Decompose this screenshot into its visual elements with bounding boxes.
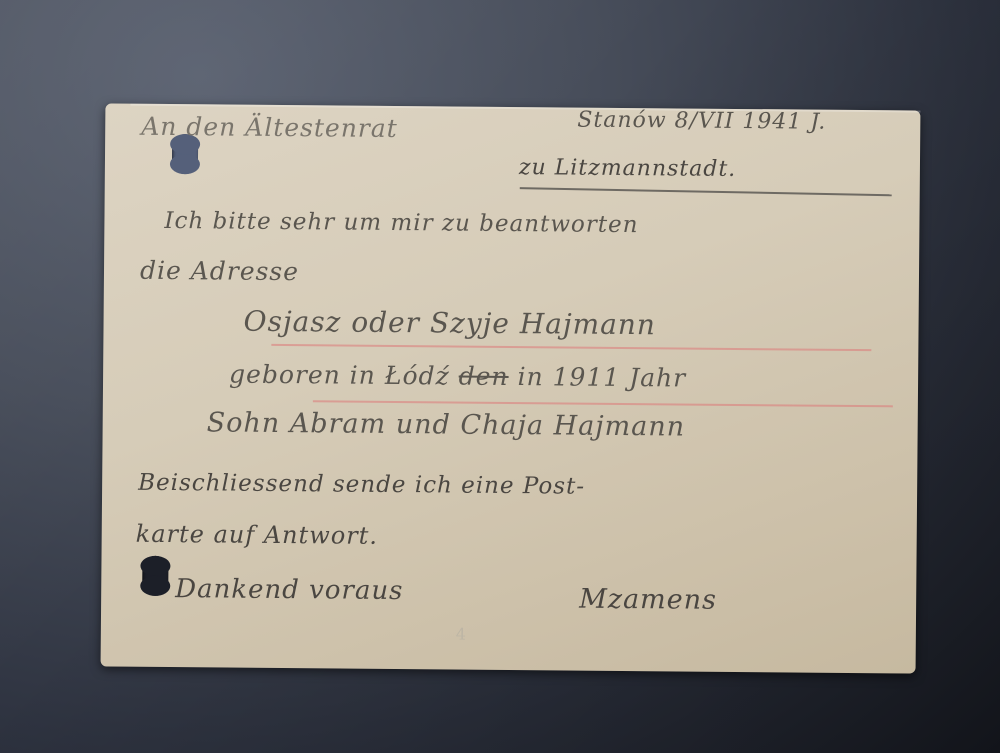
body-line-2: die Adresse (140, 256, 299, 286)
person-name: Osjasz oder Szyje Hajmann (243, 305, 656, 342)
enclosure-line-1: Beischliessend sende ich eine Post- (138, 470, 585, 500)
destination-underline (520, 187, 892, 196)
struck-out-word: den (459, 362, 509, 391)
postcard: An den Ältestenrat Stanów 8/VII 1941 J. … (101, 103, 921, 673)
red-ruling-line (271, 344, 871, 351)
red-ruling-line (313, 400, 893, 407)
addressee: An den Ältestenrat (141, 112, 398, 143)
destination-city: zu Litzmannstadt. (519, 155, 737, 182)
enclosure-line-2: karte auf Antwort. (136, 520, 378, 550)
place-and-date: Stanów 8/VII 1941 J. (577, 108, 826, 135)
birth-year: in 1911 Jahr (517, 362, 686, 392)
birth-line: geboren in Łódź den in 1911 Jahr (229, 360, 686, 393)
signature: Mzamens (579, 584, 717, 616)
pencil-page-mark: 4 (456, 625, 467, 644)
body-line-1: Ich bitte sehr um mir zu beantworten (164, 208, 638, 238)
parents-line: Sohn Abram und Chaja Hajmann (207, 407, 686, 442)
closing-phrase: Dankend voraus (175, 574, 404, 606)
birth-place: geboren in Łódź (229, 360, 450, 391)
punch-hole-bottom (142, 556, 168, 596)
